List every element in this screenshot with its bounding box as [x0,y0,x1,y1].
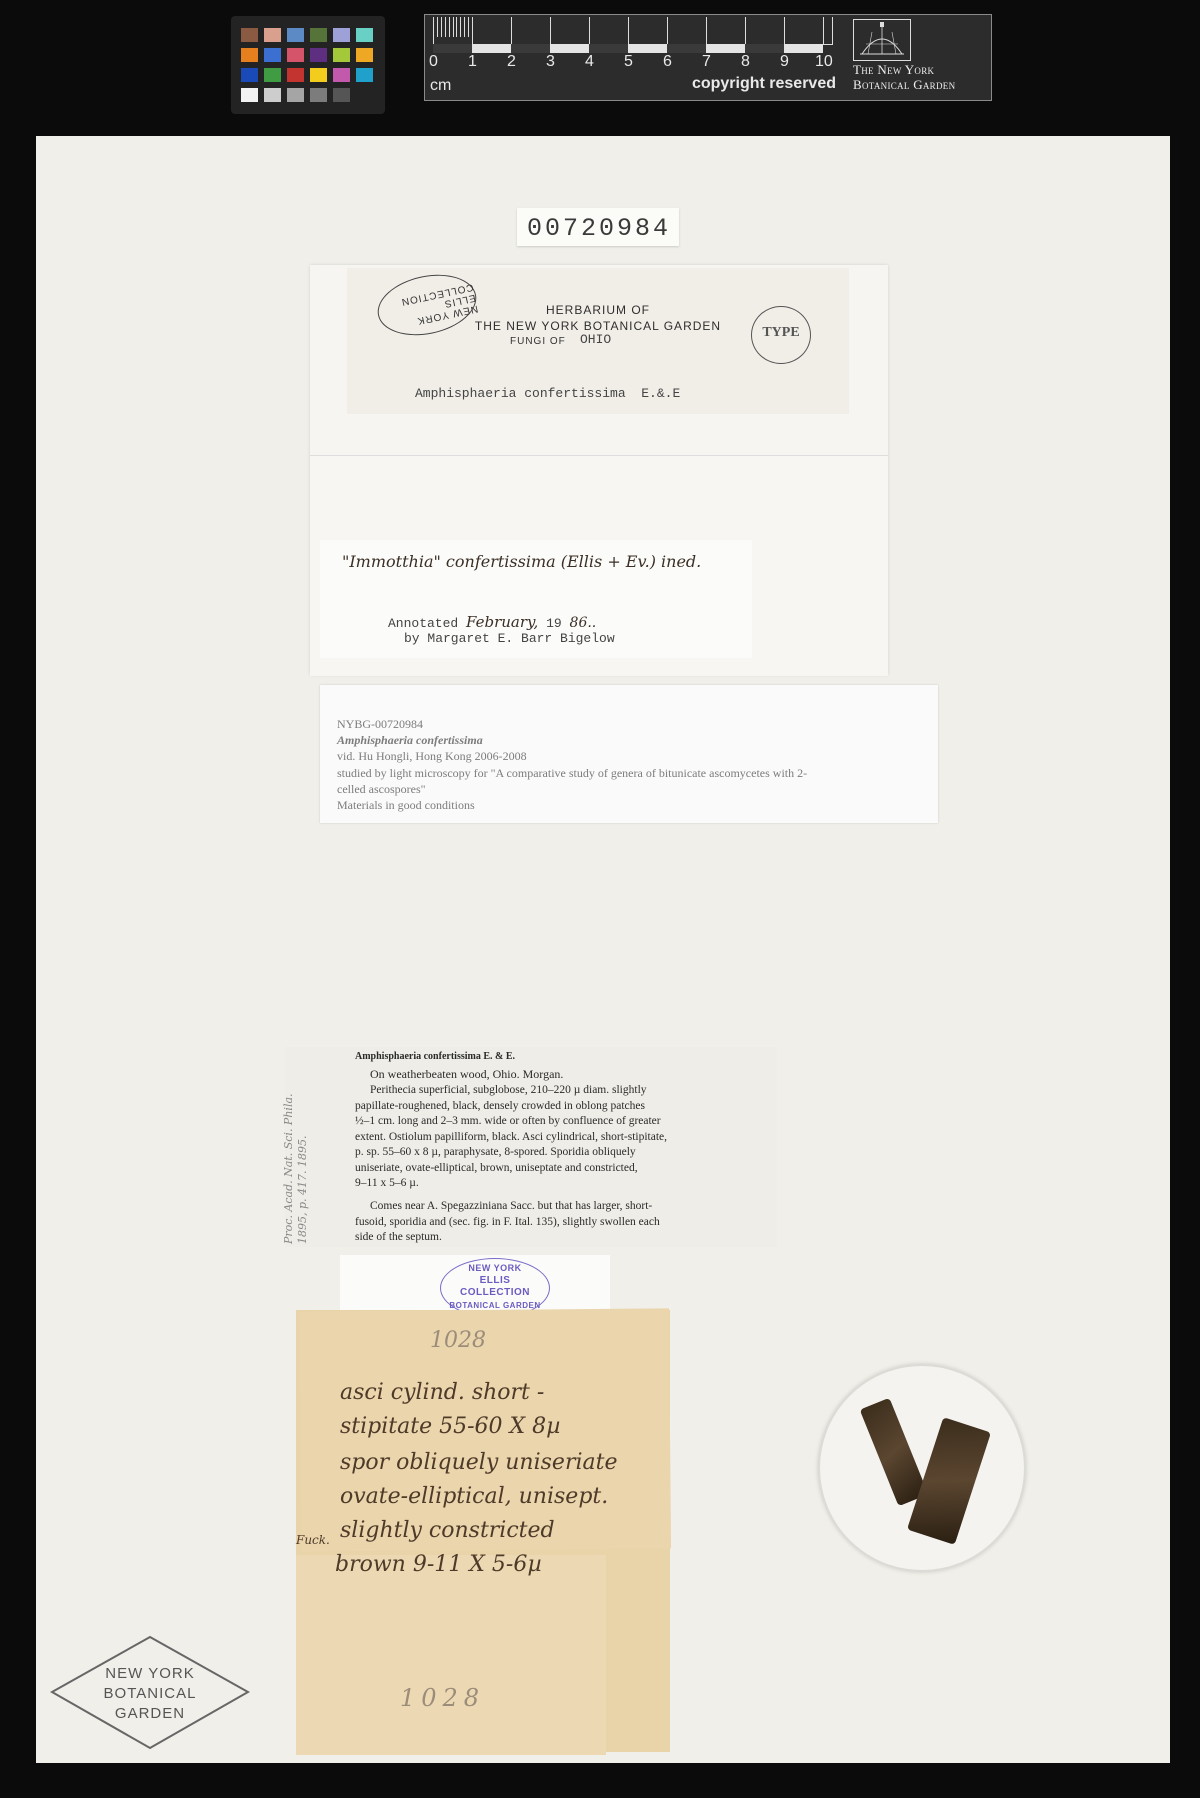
ruler-segment [667,44,706,53]
description-locality: On weatherbeaten wood, Ohio. Morgan. [370,1067,563,1082]
color-checker-card [231,16,385,114]
color-swatch [333,68,350,82]
color-swatch [310,28,327,42]
color-swatch [264,68,281,82]
herbarium-label: NEW YORK ELLIS COLLECTION HERBARIUM OF T… [347,268,849,410]
color-swatch [241,28,258,42]
color-swatch [287,68,304,82]
description-line: p. sp. 55–60 x 8 µ, paraphysate, 8-spore… [355,1146,636,1158]
description-line: ½–1 cm. long and 2–3 mm. wide or often b… [355,1115,661,1127]
ruler-segment [472,44,511,53]
handwritten-citation: Proc. Acad. Nat. Sci. Phila. 1895, p. 41… [278,1048,318,1248]
specimen-dish [818,1364,1026,1572]
color-swatch [333,88,350,102]
ruler-segment [433,44,472,53]
ruler-bar [433,17,833,45]
ruler-mm-tick [441,17,442,37]
taxon-name: Amphisphaeria confertissima E.&.E [415,386,680,401]
description-line: fusoid, sporidia and (sec. fig. in F. It… [355,1216,660,1228]
wood-fragment [860,1398,929,1506]
ruler-number: 9 [780,53,789,71]
conservatory-logo-icon [853,19,911,61]
ruler-mm-tick [464,17,465,37]
ruler-tick [550,17,551,44]
color-swatch [310,48,327,62]
barcode-label: 00720984 [517,208,679,246]
ruler-segment [745,44,784,53]
ruler-mm-tick [449,17,450,37]
description-title: Amphisphaeria confertissima E. & E. [355,1051,515,1062]
ruler-number: 3 [546,53,555,71]
ruler-tick [511,17,512,44]
ruler-tick [472,17,473,44]
ruler-tick [823,17,824,44]
ruler-segment [550,44,589,53]
handwritten-line: asci cylind. short - [340,1380,544,1405]
ruler-number: 7 [702,53,711,71]
packet-margin-note: Fuck. [296,1533,330,1547]
ruler-number: 10 [815,53,833,71]
color-swatch [356,48,373,62]
note-taxon: Amphisphaeria confertissima [337,733,483,748]
ruler-number: 0 [429,53,438,71]
description-line: 9–11 x 5–6 µ. [355,1177,419,1189]
ruler-tick [706,17,707,44]
vid-line: vid. Hu Hongli, Hong Kong 2006-2008 [337,749,527,764]
ruler-number: 1 [468,53,477,71]
color-swatch [333,28,350,42]
description-line: Perithecia superficial, subglobose, 210–… [370,1084,647,1096]
ruler-institution: The New York Botanical Garden [853,62,955,92]
handwritten-line: ovate-elliptical, unisept. [340,1484,608,1509]
color-swatch [264,48,281,62]
ruler-mm-tick [437,17,438,37]
ruler-number: 4 [585,53,594,71]
study-line-1: studied by light microscopy for "A compa… [337,766,807,781]
description-line: papillate-roughened, black, densely crow… [355,1100,645,1112]
color-swatch [333,48,350,62]
nybg-diamond-logo: NEW YORK BOTANICAL GARDEN [50,1635,250,1750]
ruler-unit: cm [430,77,451,95]
ruler-segment [706,44,745,53]
study-line-2: celled ascospores" [337,782,426,797]
description-line: extent. Ostiolum papilliform, black. Asc… [355,1131,667,1143]
scale-ruler: cm copyright reserved The New York Botan… [424,14,992,101]
ruler-number: 2 [507,53,516,71]
ruler-tick [784,17,785,44]
ruler-mm-tick [460,17,461,37]
kraft-packet-bottom [296,1555,606,1755]
color-swatch [241,68,258,82]
description-line: uniseriate, ovate-elliptical, brown, uni… [355,1162,638,1174]
ruler-tick [745,17,746,44]
handwritten-line: spor obliquely uniseriate [340,1450,617,1475]
color-swatch [356,68,373,82]
ruler-mm-tick [453,17,454,37]
packet-number-bottom: 1028 [400,1684,485,1712]
color-swatch [310,88,327,102]
barcode-number: 00720984 [527,214,671,243]
color-swatch [287,28,304,42]
ruler-tick [589,17,590,44]
ruler-segment [589,44,628,53]
fungi-of-value: OHIO [580,332,611,347]
ruler-mm-tick [445,17,446,37]
handwritten-line: slightly constricted [340,1518,555,1543]
color-swatch [287,48,304,62]
annotated-by: by Margaret E. Barr Bigelow [404,631,615,646]
determination-text: "Immotthia" confertissima (Ellis + Ev.) … [342,552,701,571]
description-line: Comes near A. Spegazziniana Sacc. but th… [370,1200,652,1212]
study-note-label: NYBG-00720984 Amphisphaeria confertissim… [320,685,938,823]
condition-line: Materials in good conditions [337,798,475,813]
color-swatch [356,28,373,42]
ruler-number: 8 [741,53,750,71]
ruler-tick [628,17,629,44]
handwritten-line: brown 9-11 X 5-6µ [335,1552,542,1577]
ruler-mm-tick [456,17,457,37]
description-line: side of the septum. [355,1231,442,1243]
copyright-text: copyright reserved [692,75,836,93]
color-swatch [264,28,281,42]
color-swatch [287,88,304,102]
catalog-number: NYBG-00720984 [337,717,423,732]
annotation-label: "Immotthia" confertissima (Ellis + Ev.) … [320,540,752,658]
ruler-mm-tick [468,17,469,37]
color-swatch [264,88,281,102]
ruler-number: 6 [663,53,672,71]
ruler-number: 5 [624,53,633,71]
ruler-segment [628,44,667,53]
color-swatch [310,68,327,82]
ruler-segment [511,44,550,53]
handwritten-line: stipitate 55-60 X 8µ [340,1414,560,1439]
printed-description: Amphisphaeria confertissima E. & E. On w… [285,1047,777,1247]
ruler-tick [667,17,668,44]
color-swatch [241,48,258,62]
annotated-date: Annotated February, 19 86.. [388,613,596,631]
color-swatch [241,88,258,102]
type-stamp: TYPE [751,306,811,364]
ruler-segment [784,44,823,53]
ruler-tick [433,17,434,44]
packet-number-top: 1028 [430,1328,486,1353]
fungi-of-label: FUNGI OF [510,336,566,347]
